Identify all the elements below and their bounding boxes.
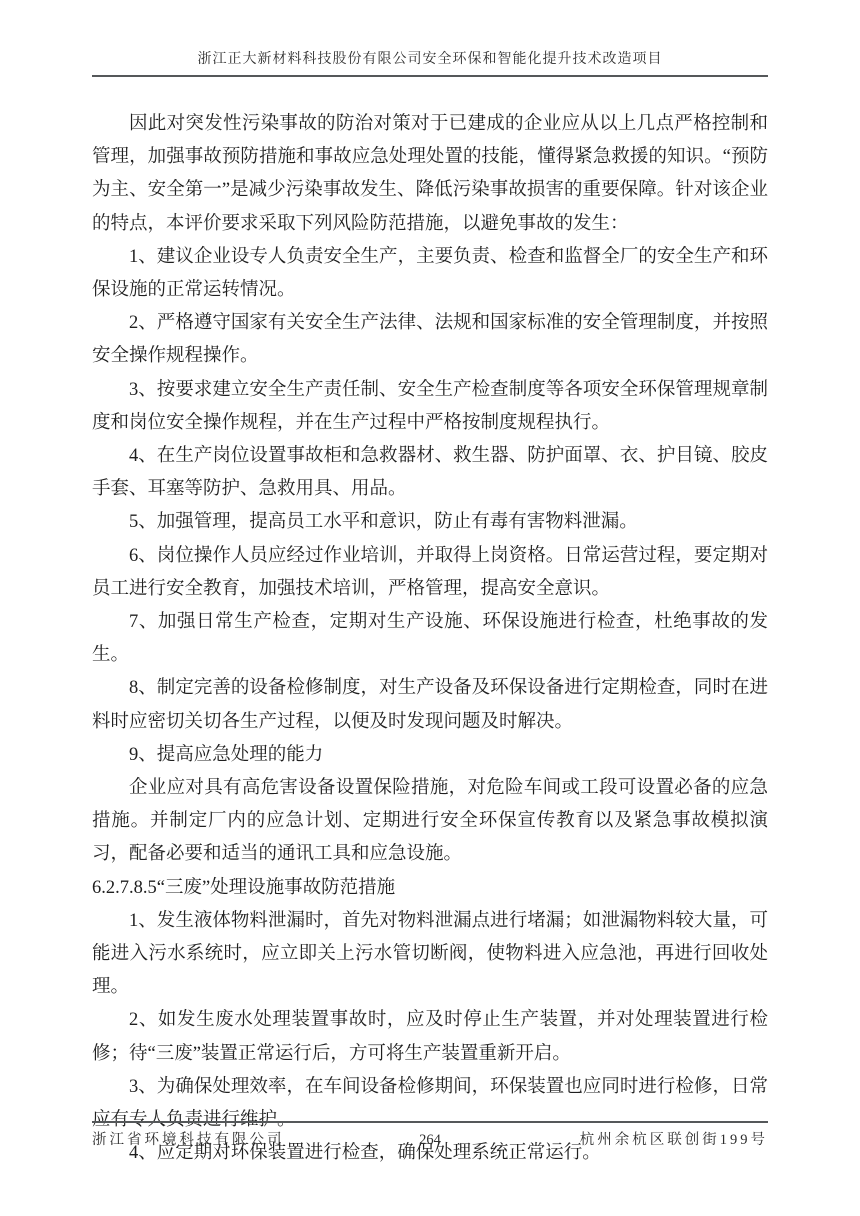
header-title: 浙江正大新材料科技股份有限公司安全环保和智能化提升技术改造项目 xyxy=(92,50,768,70)
measure-item-5: 5、加强管理，提高员工水平和意识，防止有毒有害物料泄漏。 xyxy=(92,506,768,539)
footer-address: 杭州余杭区联创街199号 xyxy=(580,1130,768,1150)
measure-item-9: 9、提高应急处理的能力 xyxy=(92,739,768,772)
measure-item-2: 2、严格遵守国家有关安全生产法律、法规和国家标准的安全管理制度，并按照安全操作规… xyxy=(92,307,768,373)
paragraph-intro: 因此对突发性污染事故的防治对策对于已建成的企业应从以上几点严格控制和管理，加强事… xyxy=(92,108,768,241)
waste-measure-item-2: 2、如发生废水处理装置事故时，应及时停止生产装置，并对处理装置进行检修；待“三废… xyxy=(92,1004,768,1070)
measure-item-6: 6、岗位操作人员应经过作业培训，并取得上岗资格。日常运营过程，要定期对员工进行安… xyxy=(92,540,768,606)
measure-item-7: 7、加强日常生产检查，定期对生产设施、环保设施进行检查，杜绝事故的发生。 xyxy=(92,606,768,672)
measure-item-3: 3、按要求建立安全生产责任制、安全生产检查制度等各项安全环保管理规章制度和岗位安… xyxy=(92,374,768,440)
paragraph-emergency: 企业应对具有高危害设备设置保险措施，对危险车间或工段可设置必备的应急措施。并制定… xyxy=(92,772,768,872)
measure-item-8: 8、制定完善的设备检修制度，对生产设备及环保设备进行定期检查，同时在进料时应密切… xyxy=(92,672,768,738)
footer-company-name: 浙江省环境科技有限公司 xyxy=(92,1130,285,1150)
header-rule xyxy=(92,75,768,77)
section-heading-6-2-7-8-5: 6.2.7.8.5“三废”处理设施事故防范措施 xyxy=(92,872,768,905)
document-body: 因此对突发性污染事故的防治对策对于已建成的企业应从以上几点严格控制和管理，加强事… xyxy=(92,108,768,1171)
document-page: 浙江正大新材料科技股份有限公司安全环保和智能化提升技术改造项目 因此对突发性污染… xyxy=(0,0,860,1216)
measure-item-1: 1、建议企业设专人负责安全生产，主要负责、检查和监督全厂的安全生产和环保设施的正… xyxy=(92,241,768,307)
waste-measure-item-1: 1、发生液体物料泄漏时，首先对物料泄漏点进行堵漏；如泄漏物料较大量，可能进入污水… xyxy=(92,905,768,1005)
measure-item-4: 4、在生产岗位设置事故柜和急救器材、救生器、防护面罩、衣、护目镜、胶皮手套、耳塞… xyxy=(92,440,768,506)
page-footer: 浙江省环境科技有限公司 264 杭州余杭区联创街199号 xyxy=(92,1121,768,1150)
footer-page-number: 264 xyxy=(419,1130,441,1150)
footer-rule xyxy=(92,1121,768,1123)
page-header: 浙江正大新材料科技股份有限公司安全环保和智能化提升技术改造项目 xyxy=(92,0,768,77)
footer-row: 浙江省环境科技有限公司 264 杭州余杭区联创街199号 xyxy=(92,1130,768,1150)
